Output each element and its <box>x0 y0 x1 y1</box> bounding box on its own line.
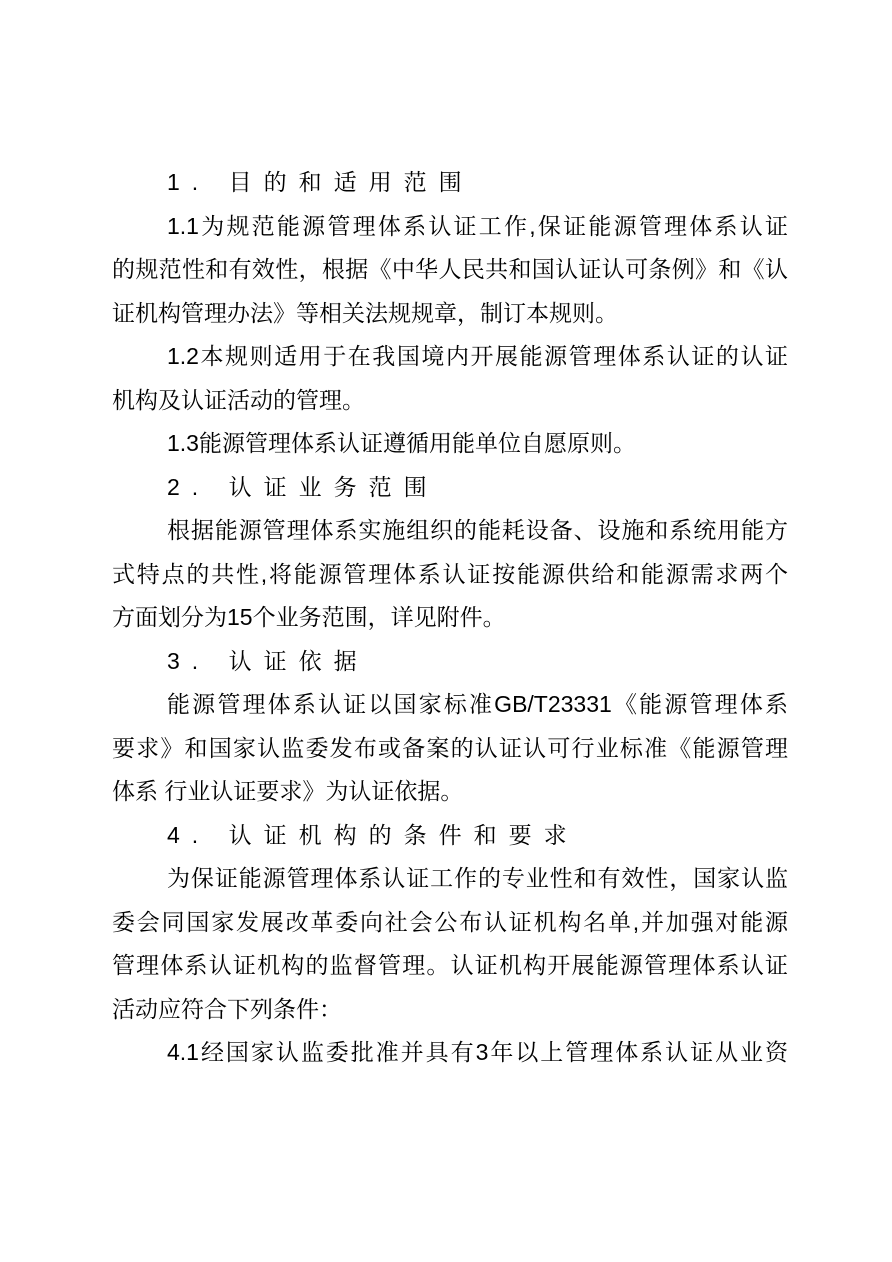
text-line: 机构及认证活动的管理。 <box>112 379 788 423</box>
text-line: 委会同国家发展改革委向社会公布认证机构名单,并加强对能源 <box>112 901 788 945</box>
section-heading-line: 2. 认证业务范围 <box>112 466 788 510</box>
text-line: 要求》和国家认监委发布或备案的认证认可行业标准《能源管理 <box>112 727 788 771</box>
section-heading-line: 3. 认证依据 <box>112 640 788 684</box>
text-line: 1.3能源管理体系认证遵循用能单位自愿原则。 <box>112 422 788 466</box>
document-page: 1. 目的和适用范围1.1为规范能源管理体系认证工作,保证能源管理体系认证的规范… <box>0 0 892 1262</box>
text-line: 活动应符合下列条件： <box>112 988 788 1032</box>
text-line: 的规范性和有效性，根据《中华人民共和国认证认可条例》和《认 <box>112 248 788 292</box>
text-line: 能源管理体系认证以国家标准GB/T23331《能源管理体系 <box>112 683 788 727</box>
text-line: 式特点的共性,将能源管理体系认证按能源供给和能源需求两个 <box>112 553 788 597</box>
text-line: 管理体系认证机构的监督管理。认证机构开展能源管理体系认证 <box>112 944 788 988</box>
document-text-block: 1. 目的和适用范围1.1为规范能源管理体系认证工作,保证能源管理体系认证的规范… <box>112 161 788 1075</box>
text-line: 证机构管理办法》等相关法规规章，制订本规则。 <box>112 292 788 336</box>
text-line: 1.2本规则适用于在我国境内开展能源管理体系认证的认证 <box>112 335 788 379</box>
section-heading-line: 1. 目的和适用范围 <box>112 161 788 205</box>
text-line: 体系 行业认证要求》为认证依据。 <box>112 770 788 814</box>
section-heading-line: 4. 认证机构的条件和要求 <box>112 814 788 858</box>
text-line: 根据能源管理体系实施组织的能耗设备、设施和系统用能方 <box>112 509 788 553</box>
text-line: 1.1为规范能源管理体系认证工作,保证能源管理体系认证 <box>112 205 788 249</box>
text-line: 4.1经国家认监委批准并具有3年以上管理体系认证从业资 <box>112 1031 788 1075</box>
text-line: 为保证能源管理体系认证工作的专业性和有效性，国家认监 <box>112 857 788 901</box>
text-line: 方面划分为15个业务范围，详见附件。 <box>112 596 788 640</box>
